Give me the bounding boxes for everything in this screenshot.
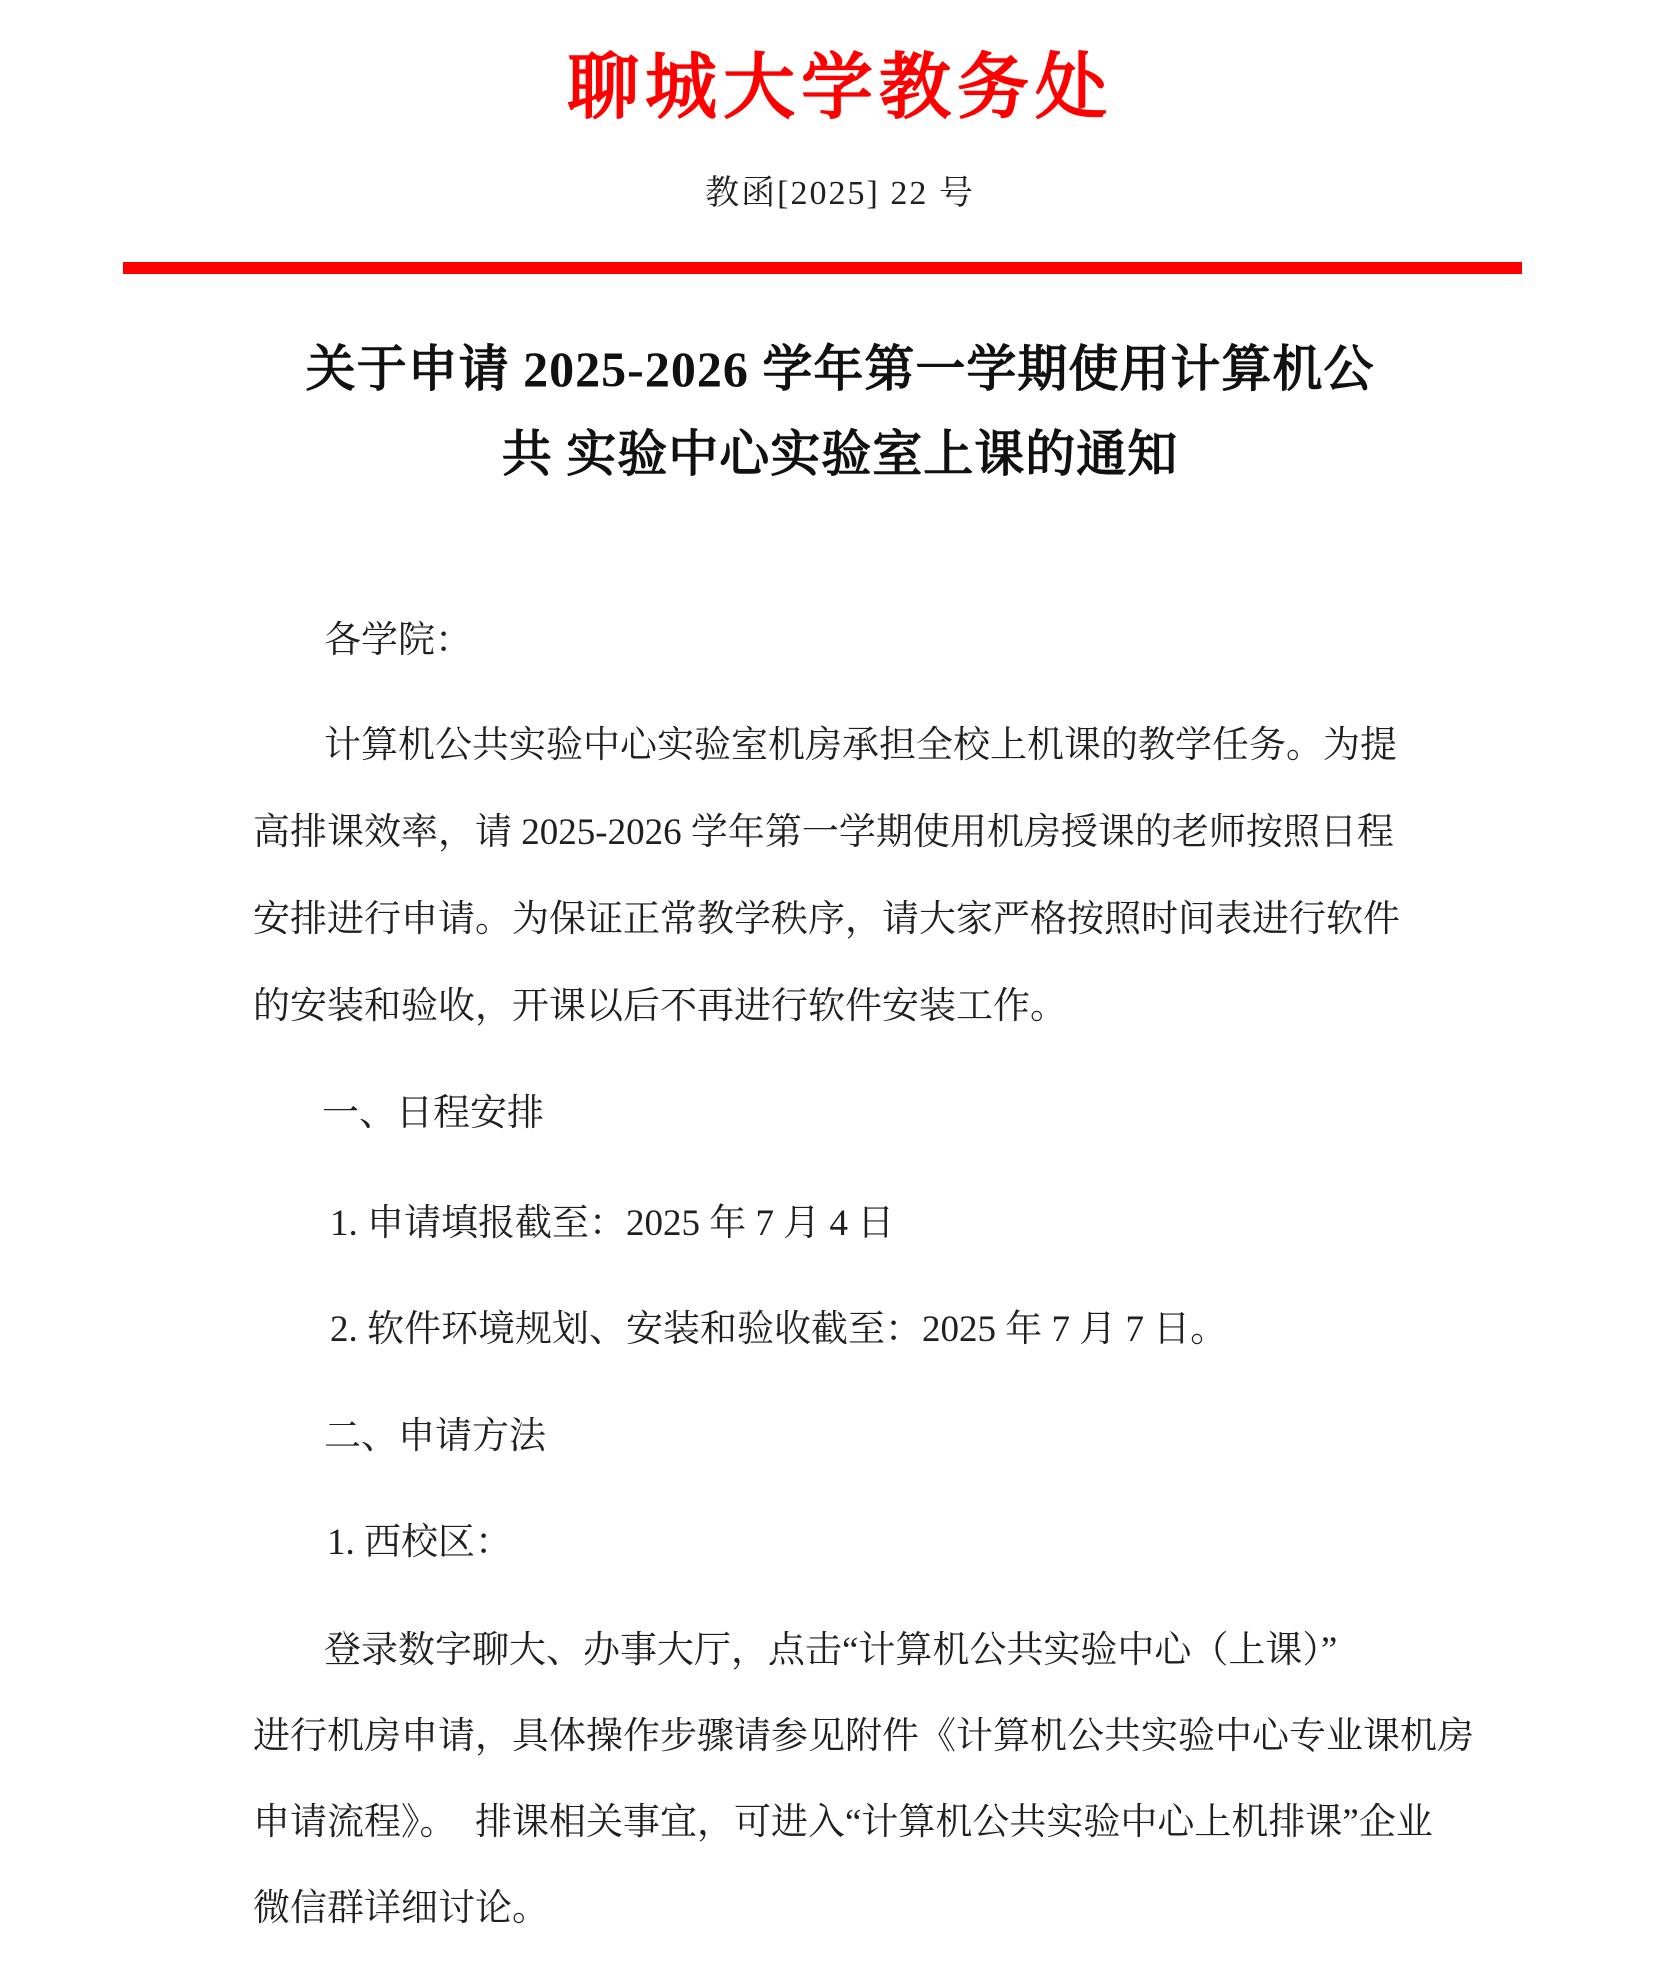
paragraph2-line-3: 申请流程》。 排课相关事宜，可进入“计算机公共实验中心上机排课”企业 [253,1801,1433,1845]
paragraph2-line-4: 微信群详细讨论。 [253,1887,549,1931]
paragraph1-line-1: 计算机公共实验中心实验室机房承担全校上机课的教学任务。为提 [324,724,1397,768]
section2-subitem-west-campus: 1. 西校区： [327,1521,512,1565]
paragraph2-line-1: 登录数字聊大、办事大厅，点击“计算机公共实验中心（上课）” [324,1629,1337,1673]
notice-title-line-1: 关于申请 2025-2026 学年第一学期使用计算机公 [144,342,1536,396]
doc-number: 教函[2025] 22 号 [144,174,1536,214]
org-title: 聊城大学教务处 [144,50,1536,126]
schedule-item-2: 2. 软件环境规划、安装和验收截至：2025 年 7 月 7 日。 [330,1308,1227,1352]
notice-title-line-2: 共 实验中心实验室上课的通知 [144,427,1536,481]
salutation: 各学院： [324,619,472,663]
section2-heading: 二、申请方法 [324,1415,546,1459]
paragraph1-line-3: 安排进行申请。为保证正常教学秩序，请大家严格按照时间表进行软件 [253,898,1400,942]
document-page: 聊城大学教务处 教函[2025] 22 号 关于申请 2025-2026 学年第… [0,0,1654,1965]
section1-heading: 一、日程安排 [322,1092,544,1136]
paragraph1-line-4: 的安装和验收，开课以后不再进行软件安装工作。 [253,985,1067,1029]
schedule-item-1: 1. 申请填报截至：2025 年 7 月 4 日 [330,1202,894,1246]
red-divider-rule [123,262,1522,274]
paragraph2-line-2: 进行机房申请，具体操作步骤请参见附件《计算机公共实验中心专业课机房 [253,1715,1474,1759]
paragraph1-line-2: 高排课效率，请 2025-2026 学年第一学期使用机房授课的老师按照日程 [253,811,1394,855]
